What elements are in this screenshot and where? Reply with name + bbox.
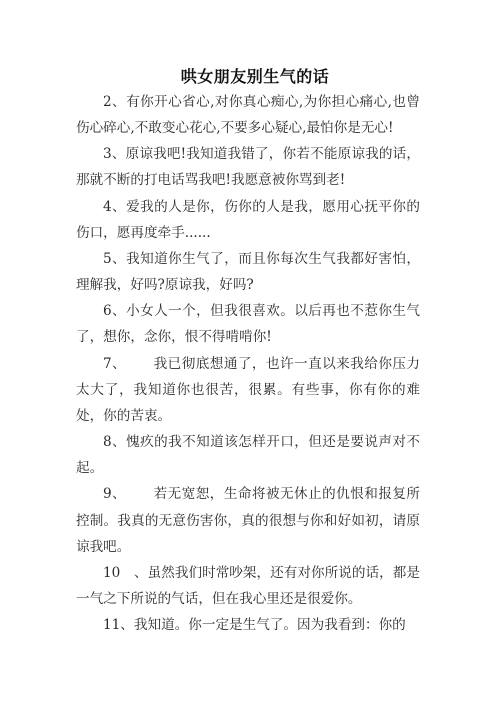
document-title: 哄女朋友别生气的话: [0, 64, 500, 87]
paragraph: 6、小女人一个，但我很喜欢。以后再也不惹你生气了，想你，念你，恨不得啃啃你!: [76, 298, 420, 350]
paragraph: 5、我知道你生气了，而且你每次生气我都好害怕，理解我，好吗?原谅我，好吗?: [76, 246, 420, 298]
document-page: 哄女朋友别生气的话 2、有你开心省心,对你真心痴心,为你担心痛心,也曾伤心碎心,…: [0, 0, 500, 708]
paragraph-number: 6、: [103, 303, 126, 319]
paragraph-text: 我知道你生气了，而且你每次生气我都好害怕，理解我，好吗?原谅我，好吗?: [76, 251, 420, 293]
document-body: 2、有你开心省心,对你真心痴心,为你担心痛心,也曾伤心碎心,不敢变心花心,不要多…: [76, 89, 420, 638]
paragraph-text: 愧疚的我不知道该怎样开口，但还是要说声对不起。: [76, 434, 420, 476]
paragraph-text: 若无宽恕，生命将被无休止的仇恨和报复所控制。我真的无意伤害你，真的很想与你和好如…: [76, 486, 420, 554]
paragraph: 7、我已彻底想通了，也许一直以来我给你压力太大了，我知道你也很苦，很累。有些事，…: [76, 351, 420, 429]
paragraph-number: 8、: [103, 434, 126, 450]
paragraph: 11、我知道。你一定是生气了。因为我看到：你的: [76, 612, 420, 638]
paragraph-text: 小女人一个，但我很喜欢。以后再也不惹你生气了，想你，念你，恨不得啃啃你!: [76, 303, 420, 345]
paragraph: 2、有你开心省心,对你真心痴心,为你担心痛心,也曾伤心碎心,不敢变心花心,不要多…: [76, 89, 420, 141]
paragraph-text: 有你开心省心,对你真心痴心,为你担心痛心,也曾伤心碎心,不敢变心花心,不要多心疑…: [76, 94, 420, 136]
paragraph: 10 、虽然我们时常吵架，还有对你所说的话，都是一气之下所说的气话，但在我心里还…: [76, 560, 420, 612]
paragraph-text: 原谅我吧!我知道我错了，你若不能原谅我的话，那就不断的打电话骂我吧!我愿意被你骂…: [76, 146, 420, 188]
paragraph-number: 11、: [103, 617, 134, 633]
paragraph: 8、愧疚的我不知道该怎样开口，但还是要说声对不起。: [76, 429, 420, 481]
paragraph-text: 我已彻底想通了，也许一直以来我给你压力太大了，我知道你也很苦，很累。有些事，你有…: [76, 356, 420, 424]
paragraph-number: 4、: [103, 199, 126, 215]
paragraph: 9、若无宽恕，生命将被无休止的仇恨和报复所控制。我真的无意伤害你，真的很想与你和…: [76, 481, 420, 559]
paragraph-number: 9、: [103, 486, 126, 502]
paragraph-number: 7、: [103, 356, 126, 372]
paragraph-text: 我知道。你一定是生气了。因为我看到：你的: [134, 617, 406, 633]
paragraph: 3、原谅我吧!我知道我错了，你若不能原谅我的话，那就不断的打电话骂我吧!我愿意被…: [76, 141, 420, 193]
paragraph-number: 10 、: [103, 565, 148, 581]
paragraph-number: 2、: [103, 94, 126, 110]
paragraph: 4、爱我的人是你，伤你的人是我，愿用心抚平你的伤口，愿再度牵手......: [76, 194, 420, 246]
paragraph-number: 5、: [103, 251, 126, 267]
paragraph-number: 3、: [103, 146, 126, 162]
paragraph-text: 爱我的人是你，伤你的人是我，愿用心抚平你的伤口，愿再度牵手......: [76, 199, 420, 241]
